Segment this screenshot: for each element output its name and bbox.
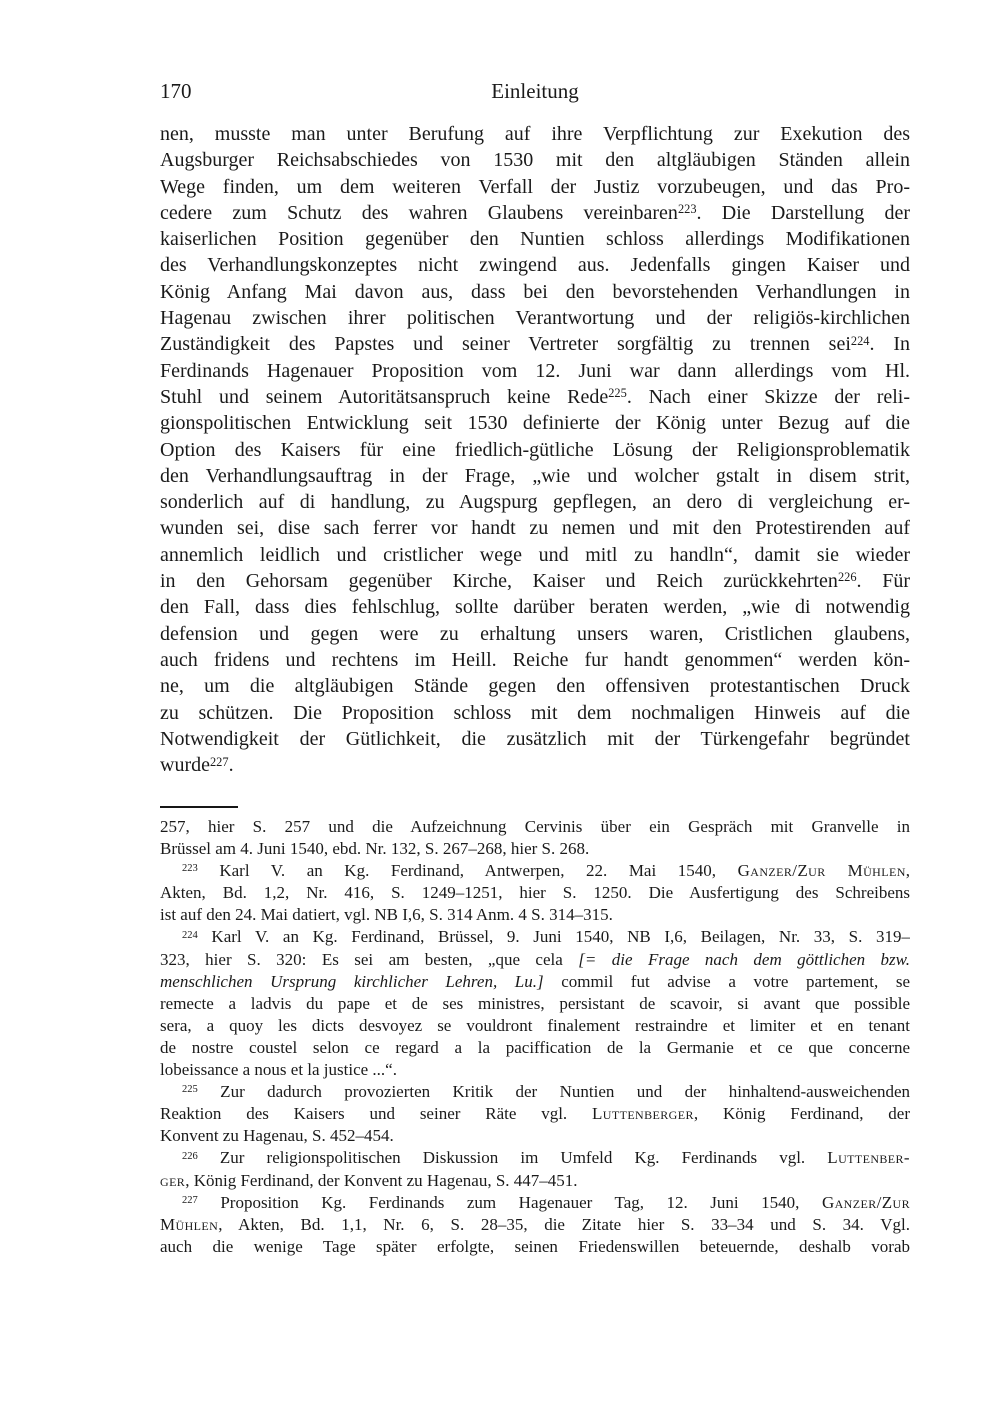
footnote-line: 225 Zur dadurch provozierten Kritik der … (160, 1081, 910, 1103)
footnote-line: Reaktion des Kaisers und seiner Räte vgl… (160, 1103, 910, 1125)
body-text-line: Option des Kaisers für eine friedlich-gü… (160, 437, 910, 463)
footnote-line: ist auf den 24. Mai datiert, vgl. NB I,6… (160, 904, 910, 926)
body-text-line: Stuhl und seinem Autoritätsanspruch kein… (160, 384, 910, 410)
body-text: nen, musste man unter Berufung auf ihre … (160, 121, 910, 778)
footnote-line: 224 Karl V. an Kg. Ferdinand, Brüssel, 9… (160, 926, 910, 948)
body-text-line: auch fridens und rechtens im Heill. Reic… (160, 647, 910, 673)
footnote-line: 227 Proposition Kg. Ferdinands zum Hagen… (160, 1192, 910, 1214)
body-text-line: Wege finden, um dem weiteren Verfall der… (160, 174, 910, 200)
body-text-line: kaiserlichen Position gegenüber den Nunt… (160, 226, 910, 252)
body-text-line: zu schützen. Die Proposition schloss mit… (160, 700, 910, 726)
body-text-line: den Fall, dass dies fehlschlug, sollte d… (160, 594, 910, 620)
footnote-line: lobeissance a nous et la justice ...“. (160, 1059, 910, 1081)
footnote-line: remecte a ladvis du pape et de ses minis… (160, 993, 910, 1015)
body-text-line: annemlich leidlich und cristlicher wege … (160, 542, 910, 568)
footnote-line: 257, hier S. 257 und die Aufzeichnung Ce… (160, 816, 910, 838)
body-text-line: Zuständigkeit des Papstes und seiner Ver… (160, 331, 910, 357)
footnote-line: auch die wenige Tage später erfolgte, se… (160, 1236, 910, 1258)
body-text-line: des Verhandlungskonzeptes nicht zwingend… (160, 252, 910, 278)
body-text-line: Notwendigkeit der Gütlichkeit, die zusät… (160, 726, 910, 752)
body-text-line: defension und gegen were zu erhaltung un… (160, 621, 910, 647)
body-text-line: wunden sei, dise sach ferrer vor handt z… (160, 515, 910, 541)
body-text-line: Ferdinands Hagenauer Proposition vom 12.… (160, 358, 910, 384)
body-text-line: den Verhandlungsauftrag in der Frage, „w… (160, 463, 910, 489)
body-text-line: ne, um die altgläubigen Stände gegen den… (160, 673, 910, 699)
footnote-separator-rule (160, 806, 238, 808)
body-text-line: gionspolitischen Entwicklung seit 1530 d… (160, 410, 910, 436)
body-text-line: Augsburger Reichsabschiedes von 1530 mit… (160, 147, 910, 173)
footnote-line: Akten, Bd. 1,2, Nr. 416, S. 1249–1251, h… (160, 882, 910, 904)
footnote-line: sera, a quoy les dicts desvoyez se vould… (160, 1015, 910, 1037)
body-text-line: wurde227. (160, 752, 910, 778)
footnote-line: Brüssel am 4. Juni 1540, ebd. Nr. 132, S… (160, 838, 910, 860)
body-text-line: Hagenau zwischen ihrer politischen Veran… (160, 305, 910, 331)
body-text-line: sonderlich auf di handlung, zu Augspurg … (160, 489, 910, 515)
body-text-line: cedere zum Schutz des wahren Glaubens ve… (160, 200, 910, 226)
page-header-title: Einleitung (160, 77, 910, 105)
footnote-line: 226 Zur religionspolitischen Diskussion … (160, 1147, 910, 1169)
footnote-line: Konvent zu Hagenau, S. 452–454. (160, 1125, 910, 1147)
body-text-line: nen, musste man unter Berufung auf ihre … (160, 121, 910, 147)
footnote-line: 223 Karl V. an Kg. Ferdinand, Antwerpen,… (160, 860, 910, 882)
body-text-line: in den Gehorsam gegenüber Kirche, Kaiser… (160, 568, 910, 594)
body-text-line: König Anfang Mai davon aus, dass bei den… (160, 279, 910, 305)
footnote-line: menschlichen Ursprung kirchlicher Lehren… (160, 971, 910, 993)
page-header: 170 Einleitung (160, 77, 910, 105)
book-page: 170 Einleitung nen, musste man unter Ber… (0, 0, 1004, 1418)
footnote-line: Mühlen, Akten, Bd. 1,1, Nr. 6, S. 28–35,… (160, 1214, 910, 1236)
footnote-line: ger, König Ferdinand, der Konvent zu Hag… (160, 1170, 910, 1192)
footnote-line: de nostre coustel selon ce regard a la p… (160, 1037, 910, 1059)
footnotes: 257, hier S. 257 und die Aufzeichnung Ce… (160, 816, 910, 1258)
footnote-line: 323, hier S. 320: Es sei am besten, „que… (160, 949, 910, 971)
